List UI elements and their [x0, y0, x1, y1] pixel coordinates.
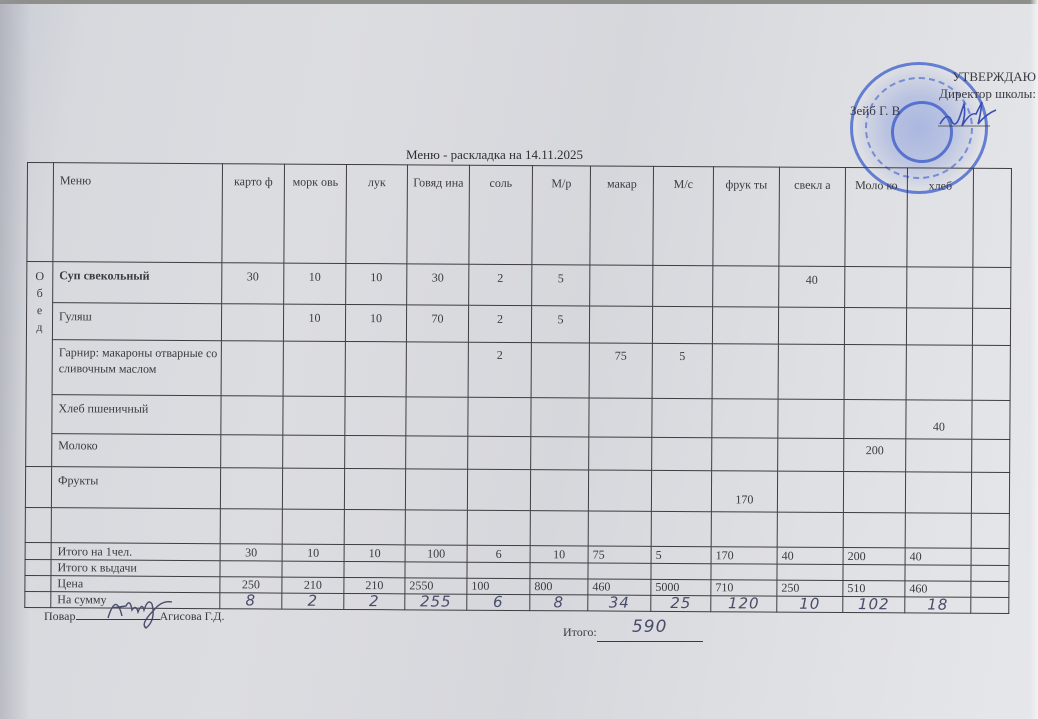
- totals-cell: 102: [843, 596, 905, 612]
- totals-cell: 210: [344, 577, 405, 593]
- quantity-cell: [344, 509, 405, 544]
- quantity-cell: [651, 511, 711, 546]
- quantity-cell: [589, 306, 652, 343]
- totals-cell: [971, 548, 1009, 565]
- totals-cell: [588, 563, 651, 579]
- header-ingredient: М/с: [653, 166, 714, 265]
- totals-cell: 6: [467, 594, 530, 610]
- totals-cell: 2550: [405, 578, 467, 594]
- quantity-cell: [588, 511, 651, 546]
- totals-cell: 8: [220, 593, 282, 609]
- totals-cell: 100: [467, 578, 530, 594]
- quantity-cell: [652, 437, 712, 470]
- quantity-cell: [845, 266, 907, 307]
- quantity-cell: [652, 306, 712, 343]
- totals-label: Итого на 1чел.: [51, 543, 220, 561]
- blank-side-cell: [25, 591, 51, 607]
- header-ingredient: фрук ты: [713, 167, 780, 266]
- dish-name: Гуляш: [52, 303, 221, 341]
- header-ingredient: лук: [346, 164, 408, 263]
- quantity-cell: [220, 509, 282, 544]
- quantity-cell: [843, 512, 905, 547]
- quantity-cell: [652, 398, 712, 437]
- header-ingredient: М/р: [532, 166, 591, 265]
- totals-cell: [467, 562, 530, 578]
- dish-row: Хлеб пшеничный40: [26, 394, 1010, 439]
- totals-cell: 30: [220, 544, 282, 561]
- quantity-cell: 5: [532, 265, 590, 306]
- handwritten-sum: 2: [307, 593, 318, 609]
- quantity-cell: [221, 341, 283, 396]
- totals-cell: [282, 561, 344, 577]
- quantity-cell: [905, 513, 971, 548]
- meal-letter: О: [27, 268, 52, 285]
- cook-line: ПоварАгисова Г.Д.: [44, 607, 224, 624]
- quantity-cell: 10: [284, 263, 346, 304]
- quantity-cell: [844, 399, 906, 438]
- dish-row: [25, 507, 1009, 548]
- totals-cell: 34: [588, 595, 651, 611]
- quantity-cell: [221, 304, 283, 341]
- quantity-cell: 75: [589, 343, 652, 398]
- meal-letter: д: [27, 319, 52, 336]
- meal-label: Обед: [26, 262, 53, 467]
- header-ingredient: Моло ко: [845, 167, 908, 266]
- quantity-cell: [651, 470, 711, 511]
- totals-cell: 710: [711, 580, 777, 596]
- quantity-cell: [906, 439, 972, 472]
- handwritten-sum: 34: [609, 595, 630, 611]
- totals-cell: 2: [282, 593, 344, 609]
- quantity-cell: [405, 510, 467, 545]
- quantity-cell: [468, 397, 531, 436]
- header-ingredient: [973, 168, 1012, 267]
- totals-cell: [711, 564, 777, 580]
- quantity-cell: 70: [406, 305, 468, 342]
- totals-cell: 25: [651, 595, 711, 611]
- header-ingredient: морк овь: [284, 164, 347, 263]
- cook-label: Повар: [44, 609, 76, 623]
- quantity-cell: [345, 396, 406, 435]
- quantity-cell: [778, 399, 844, 438]
- quantity-cell: [406, 397, 468, 436]
- grand-total-label: Итого:: [563, 625, 597, 639]
- quantity-cell: [972, 308, 1010, 345]
- quantity-cell: [973, 267, 1011, 308]
- paper-top-edge: [0, 0, 1038, 4]
- dish-row: Гарнир: макароны отварные со сливочным м…: [26, 339, 1010, 400]
- quantity-cell: [345, 435, 406, 468]
- quantity-cell: [283, 435, 345, 468]
- quantity-cell: [712, 438, 778, 471]
- handwritten-sum: 8: [245, 593, 256, 609]
- totals-cell: 100: [405, 545, 467, 562]
- totals-cell: [971, 581, 1009, 597]
- quantity-cell: [972, 439, 1010, 472]
- quantity-cell: [467, 510, 530, 545]
- totals-cell: 2: [344, 593, 405, 609]
- quantity-cell: 5: [652, 343, 712, 398]
- quantity-cell: 30: [222, 263, 284, 304]
- header-ingredient: карто ф: [222, 164, 285, 263]
- quantity-cell: 10: [345, 304, 406, 341]
- cook-signature-line: [76, 607, 160, 620]
- header-corner-cell: [27, 163, 54, 262]
- quantity-cell: [972, 345, 1010, 400]
- header-ingredient: Говяд ина: [407, 165, 470, 264]
- totals-cell: 10: [530, 546, 588, 563]
- totals-cell: [405, 562, 467, 578]
- totals-cell: 460: [905, 581, 971, 597]
- quantity-cell: [906, 308, 972, 345]
- quantity-cell: [653, 265, 713, 306]
- quantity-cell: [588, 470, 651, 511]
- totals-cell: 250: [777, 580, 843, 596]
- handwritten-sum: 10: [799, 596, 820, 612]
- director-signature-icon: [938, 100, 998, 130]
- dish-name: Гарнир: макароны отварные со сливочным м…: [52, 340, 221, 396]
- quantity-cell: 5: [531, 306, 589, 343]
- quantity-cell: 40: [906, 400, 972, 439]
- header-menu: Меню: [53, 163, 223, 263]
- quantity-cell: 30: [407, 264, 469, 305]
- dish-row: Фрукты170: [25, 466, 1009, 513]
- handwritten-sum: 255: [420, 594, 452, 610]
- totals-cell: 120: [711, 596, 777, 612]
- quantity-cell: [713, 266, 779, 307]
- quantity-cell: 200: [844, 438, 906, 471]
- totals-cell: [843, 564, 905, 580]
- quantity-cell: [590, 265, 653, 306]
- quantity-cell: [220, 468, 282, 509]
- quantity-cell: [530, 470, 588, 511]
- blank-side-cell: [25, 466, 51, 507]
- totals-cell: [530, 563, 588, 579]
- dish-row: ОбедСуп свекольный301010302540: [27, 262, 1011, 309]
- totals-cell: [777, 564, 843, 580]
- blank-side-cell: [25, 575, 51, 591]
- quantity-cell: [406, 436, 468, 469]
- quantity-cell: [589, 437, 652, 470]
- quantity-cell: [283, 396, 345, 435]
- quantity-cell: [712, 344, 778, 399]
- totals-cell: 5000: [651, 579, 711, 595]
- quantity-cell: [221, 435, 283, 468]
- header-row: Менюкарто фморк овьлукГовяд инасольМ/рма…: [27, 163, 1012, 268]
- quantity-cell: [345, 341, 406, 396]
- totals-cell: 210: [282, 577, 344, 593]
- totals-cell: 460: [588, 579, 651, 595]
- totals-cell: 6: [467, 545, 530, 562]
- approval-heading: УТВЕРЖДАЮ: [846, 68, 1036, 85]
- quantity-cell: [589, 398, 652, 437]
- quantity-cell: [344, 468, 405, 509]
- totals-cell: [220, 561, 282, 577]
- meal-letter: б: [27, 285, 52, 302]
- quantity-cell: [221, 396, 283, 435]
- handwritten-sum: 25: [670, 595, 691, 611]
- totals-cell: 200: [843, 547, 905, 564]
- quantity-cell: 10: [283, 304, 345, 341]
- quantity-cell: 2: [468, 342, 531, 397]
- quantity-cell: [907, 267, 973, 308]
- quantity-cell: [844, 307, 906, 344]
- header-ingredient: соль: [469, 165, 533, 264]
- quantity-cell: [530, 511, 588, 546]
- totals-cell: 255: [405, 594, 467, 610]
- header-ingredient: свекл а: [779, 167, 846, 266]
- quantity-cell: [777, 512, 843, 547]
- quantity-cell: [531, 398, 589, 437]
- totals-cell: [971, 565, 1009, 581]
- totals-cell: [651, 563, 711, 579]
- quantity-cell: [971, 472, 1009, 513]
- quantity-cell: [712, 399, 778, 438]
- totals-cell: 10: [777, 596, 843, 612]
- quantity-cell: [843, 471, 905, 512]
- dish-name: Фрукты: [51, 467, 220, 509]
- handwritten-sum: 18: [927, 597, 948, 613]
- quantity-cell: 2: [469, 264, 532, 305]
- totals-cell: [905, 565, 971, 581]
- totals-label: Итого к выдачи: [51, 560, 220, 577]
- quantity-cell: [283, 341, 345, 396]
- grand-total-line: Итого:590: [563, 621, 703, 642]
- quantity-cell: 40: [779, 266, 845, 307]
- blank-side-cell: [25, 559, 51, 575]
- quantity-cell: [905, 472, 971, 513]
- quantity-cell: [405, 469, 467, 510]
- quantity-cell: [844, 344, 906, 399]
- quantity-cell: [531, 343, 589, 398]
- quantity-cell: [282, 468, 344, 509]
- totals-cell: 75: [588, 546, 651, 563]
- blank-side-cell: [25, 507, 51, 542]
- quantity-cell: [468, 436, 531, 469]
- grand-total-field: 590: [597, 621, 703, 642]
- totals-cell: [344, 561, 405, 577]
- handwritten-sum: 6: [493, 594, 504, 610]
- dish-name: [51, 508, 220, 544]
- quantity-cell: [971, 513, 1009, 548]
- totals-cell: 170: [711, 547, 777, 564]
- document-title: Меню - раскладка на 14.11.2025: [406, 147, 583, 163]
- totals-cell: 40: [905, 548, 971, 565]
- quantity-cell: [778, 344, 844, 399]
- menu-table: Менюкарто фморк овьлукГовяд инасольМ/рма…: [24, 162, 1012, 614]
- meal-letter: е: [27, 302, 52, 319]
- totals-cell: 10: [344, 544, 405, 561]
- dish-name: Молоко: [52, 434, 221, 468]
- quantity-cell: [906, 345, 972, 400]
- quantity-cell: [711, 512, 777, 547]
- handwritten-sum: 120: [728, 596, 760, 612]
- totals-cell: 800: [530, 579, 588, 595]
- quantity-cell: [778, 438, 844, 471]
- blank-side-cell: [25, 542, 51, 559]
- quantity-cell: [282, 509, 344, 544]
- header-ingredient: макар: [590, 166, 654, 265]
- header-ingredient: хлеб: [907, 168, 974, 267]
- grand-total-value: 590: [632, 617, 667, 637]
- quantity-cell: 10: [346, 263, 407, 304]
- totals-cell: [971, 597, 1009, 613]
- quantity-cell: [712, 307, 778, 344]
- quantity-cell: [972, 400, 1010, 439]
- totals-cell: 510: [843, 580, 905, 596]
- totals-cell: 8: [530, 595, 588, 611]
- totals-cell: 250: [220, 577, 282, 593]
- totals-cell: 5: [651, 546, 711, 563]
- totals-cell: 10: [282, 544, 344, 561]
- dish-name: Хлеб пшеничный: [52, 395, 221, 435]
- handwritten-sum: 102: [858, 596, 890, 612]
- totals-cell: 18: [905, 597, 971, 613]
- quantity-cell: [531, 437, 589, 470]
- handwritten-sum: 2: [369, 593, 380, 609]
- handwritten-sum: 8: [553, 595, 564, 611]
- dish-name: Суп свекольный: [53, 262, 222, 304]
- dish-row: Гуляш10107025: [26, 303, 1010, 346]
- quantity-cell: [467, 469, 530, 510]
- cook-name: Агисова Г.Д.: [160, 609, 225, 623]
- quantity-cell: [777, 471, 843, 512]
- quantity-cell: 2: [468, 305, 531, 342]
- quantity-cell: [778, 307, 844, 344]
- totals-cell: 40: [777, 547, 843, 564]
- quantity-cell: [406, 342, 468, 397]
- quantity-cell: 170: [711, 471, 777, 512]
